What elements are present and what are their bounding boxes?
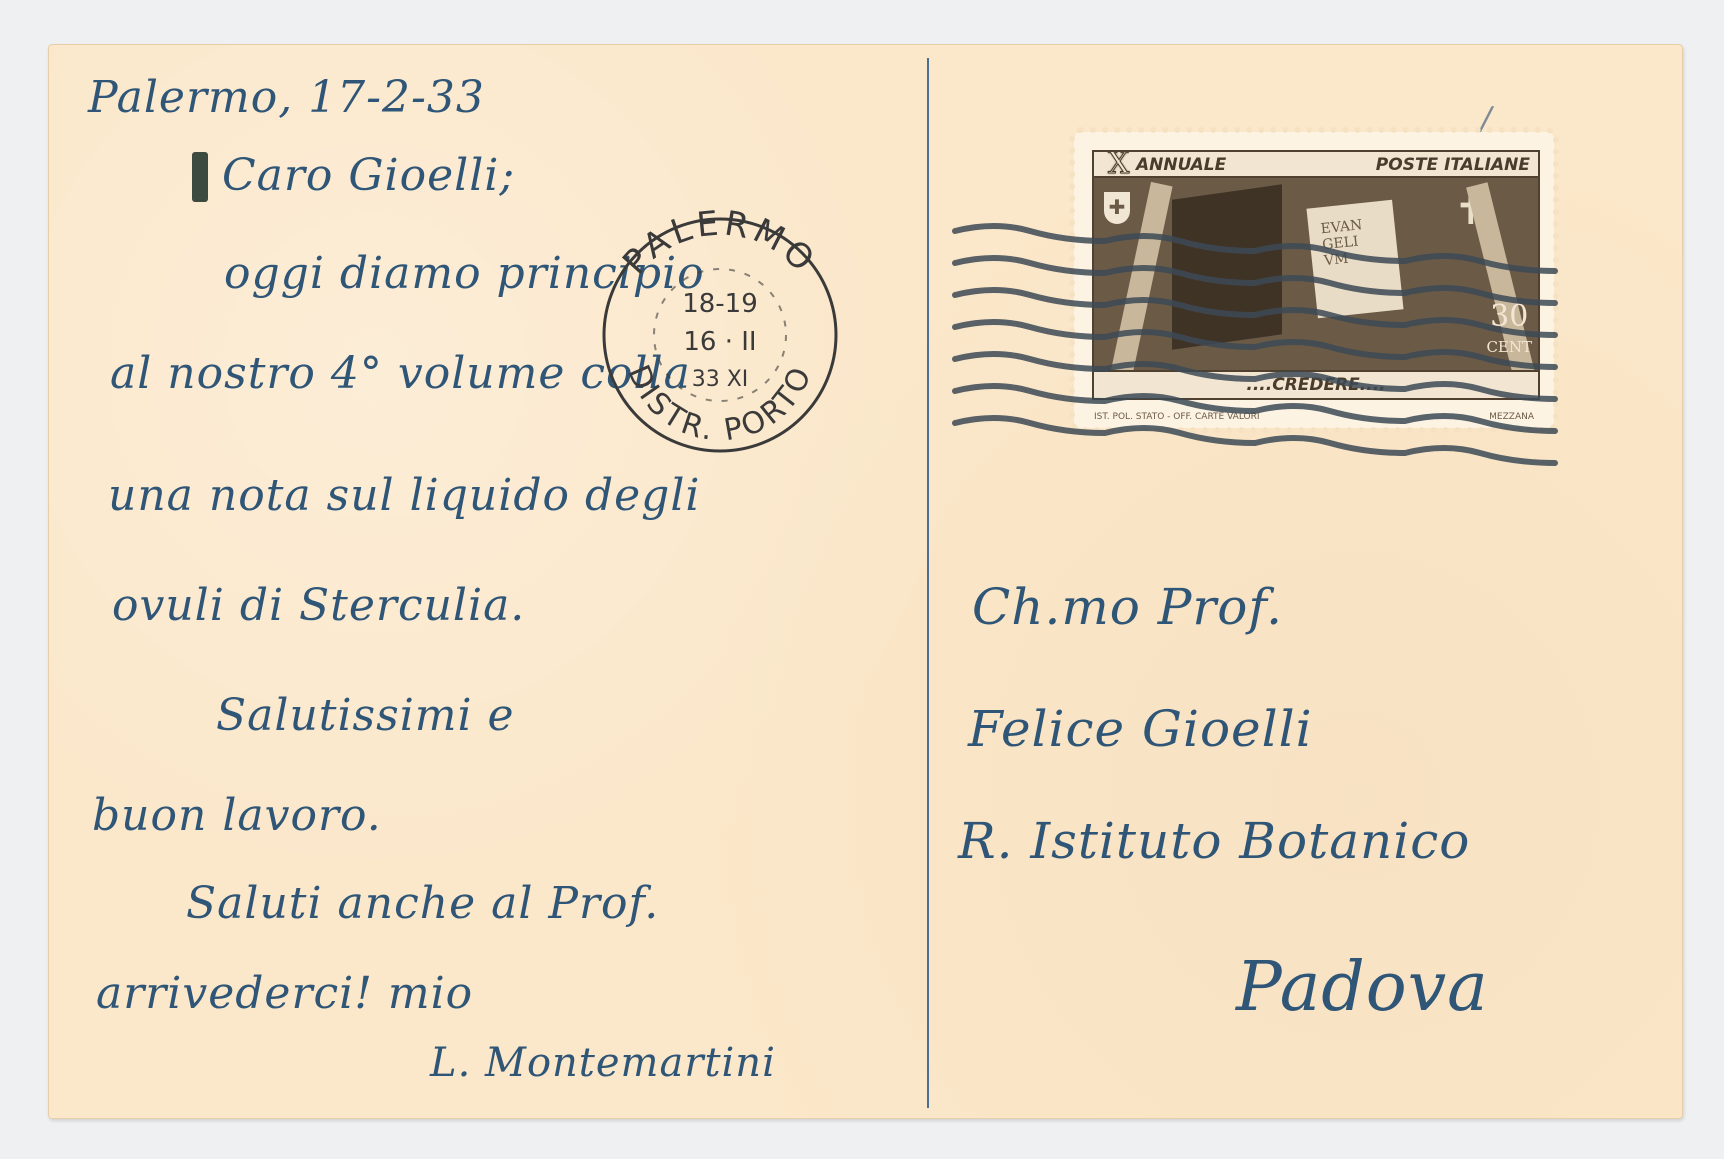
svg-text:33 XI: 33 XI — [692, 367, 749, 392]
postmark-icon: PALERMO DISTR. PORTO 18-19 16 · II 33 XI — [604, 203, 836, 451]
cancellation-overlay: PALERMO DISTR. PORTO 18-19 16 · II 33 XI — [0, 0, 1724, 1159]
wavy-cancellation-lines-icon — [955, 226, 1555, 463]
svg-text:PALERMO: PALERMO — [615, 203, 824, 282]
svg-text:18-19: 18-19 — [682, 289, 758, 319]
svg-text:16 · II: 16 · II — [683, 327, 756, 357]
